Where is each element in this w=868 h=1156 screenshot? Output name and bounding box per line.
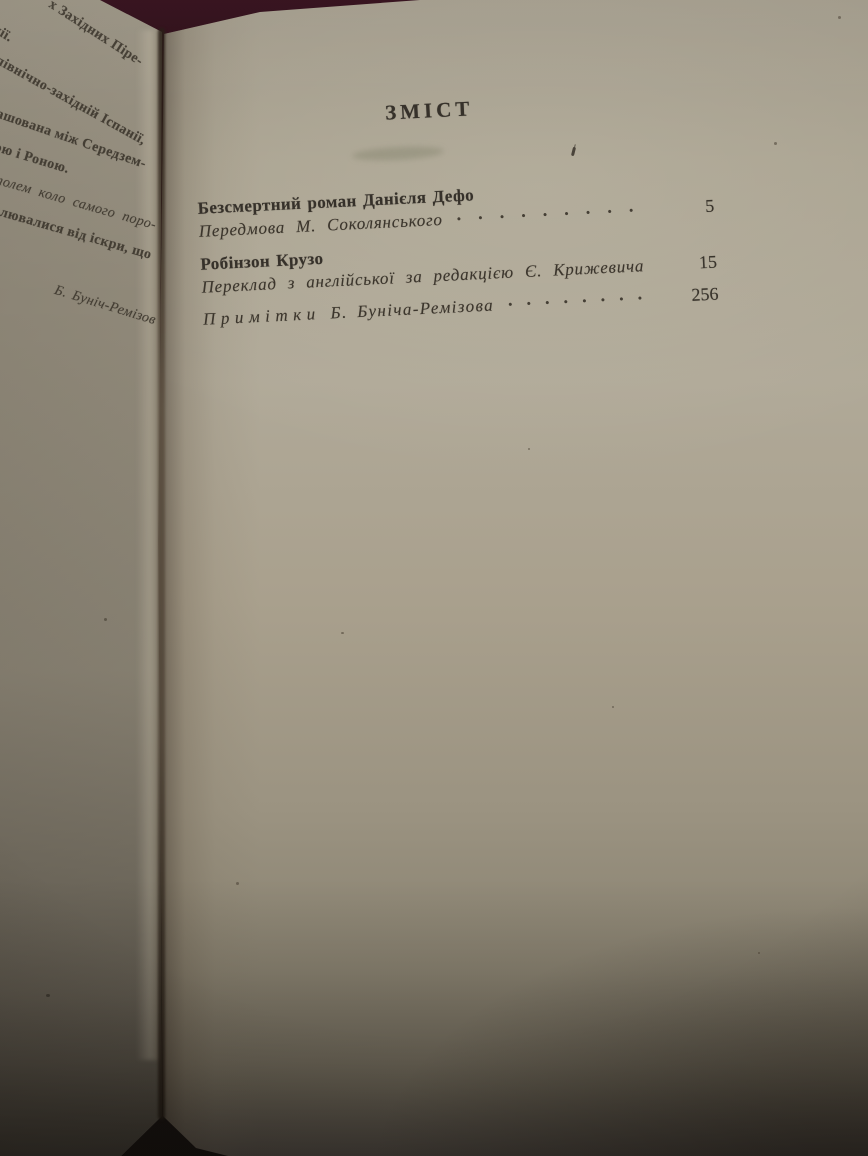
paper-speck [528, 448, 530, 450]
entry-subtitle: Б. Буніча-Ремізова [330, 294, 495, 325]
dot-leader: •••••••• [493, 284, 683, 316]
page-number: 5 [678, 195, 715, 220]
page-number: 15 [680, 251, 717, 276]
leader-gap [644, 269, 681, 271]
paper-speck [838, 16, 841, 19]
toc-entries: Безсмертний роман Данієля Дефо Передмова… [197, 172, 719, 332]
paper-speck [774, 142, 777, 145]
book-gutter-shadow [158, 28, 165, 1120]
left-page-text-fragment: х Західних Піре- [45, 0, 145, 70]
left-page-text-fragment: ою і Роною. [0, 140, 71, 178]
entry-subtitle: Примітки [203, 302, 322, 331]
paper-speck [612, 706, 614, 708]
paper-speck [341, 632, 344, 634]
paper-speck [46, 994, 50, 997]
left-page-text-fragment: мії. [0, 21, 15, 46]
table-of-contents: ЗМІСТ Безсмертний роман Данієля Дефо Пер… [192, 67, 720, 341]
book-photo: х Західних Піре- мії. північно-західній … [0, 0, 868, 1156]
paper-speck [104, 618, 107, 621]
page-title: ЗМІСТ [193, 85, 710, 135]
page-number: 256 [682, 283, 719, 308]
paper-speck [236, 882, 239, 885]
paper-speck [758, 952, 760, 954]
